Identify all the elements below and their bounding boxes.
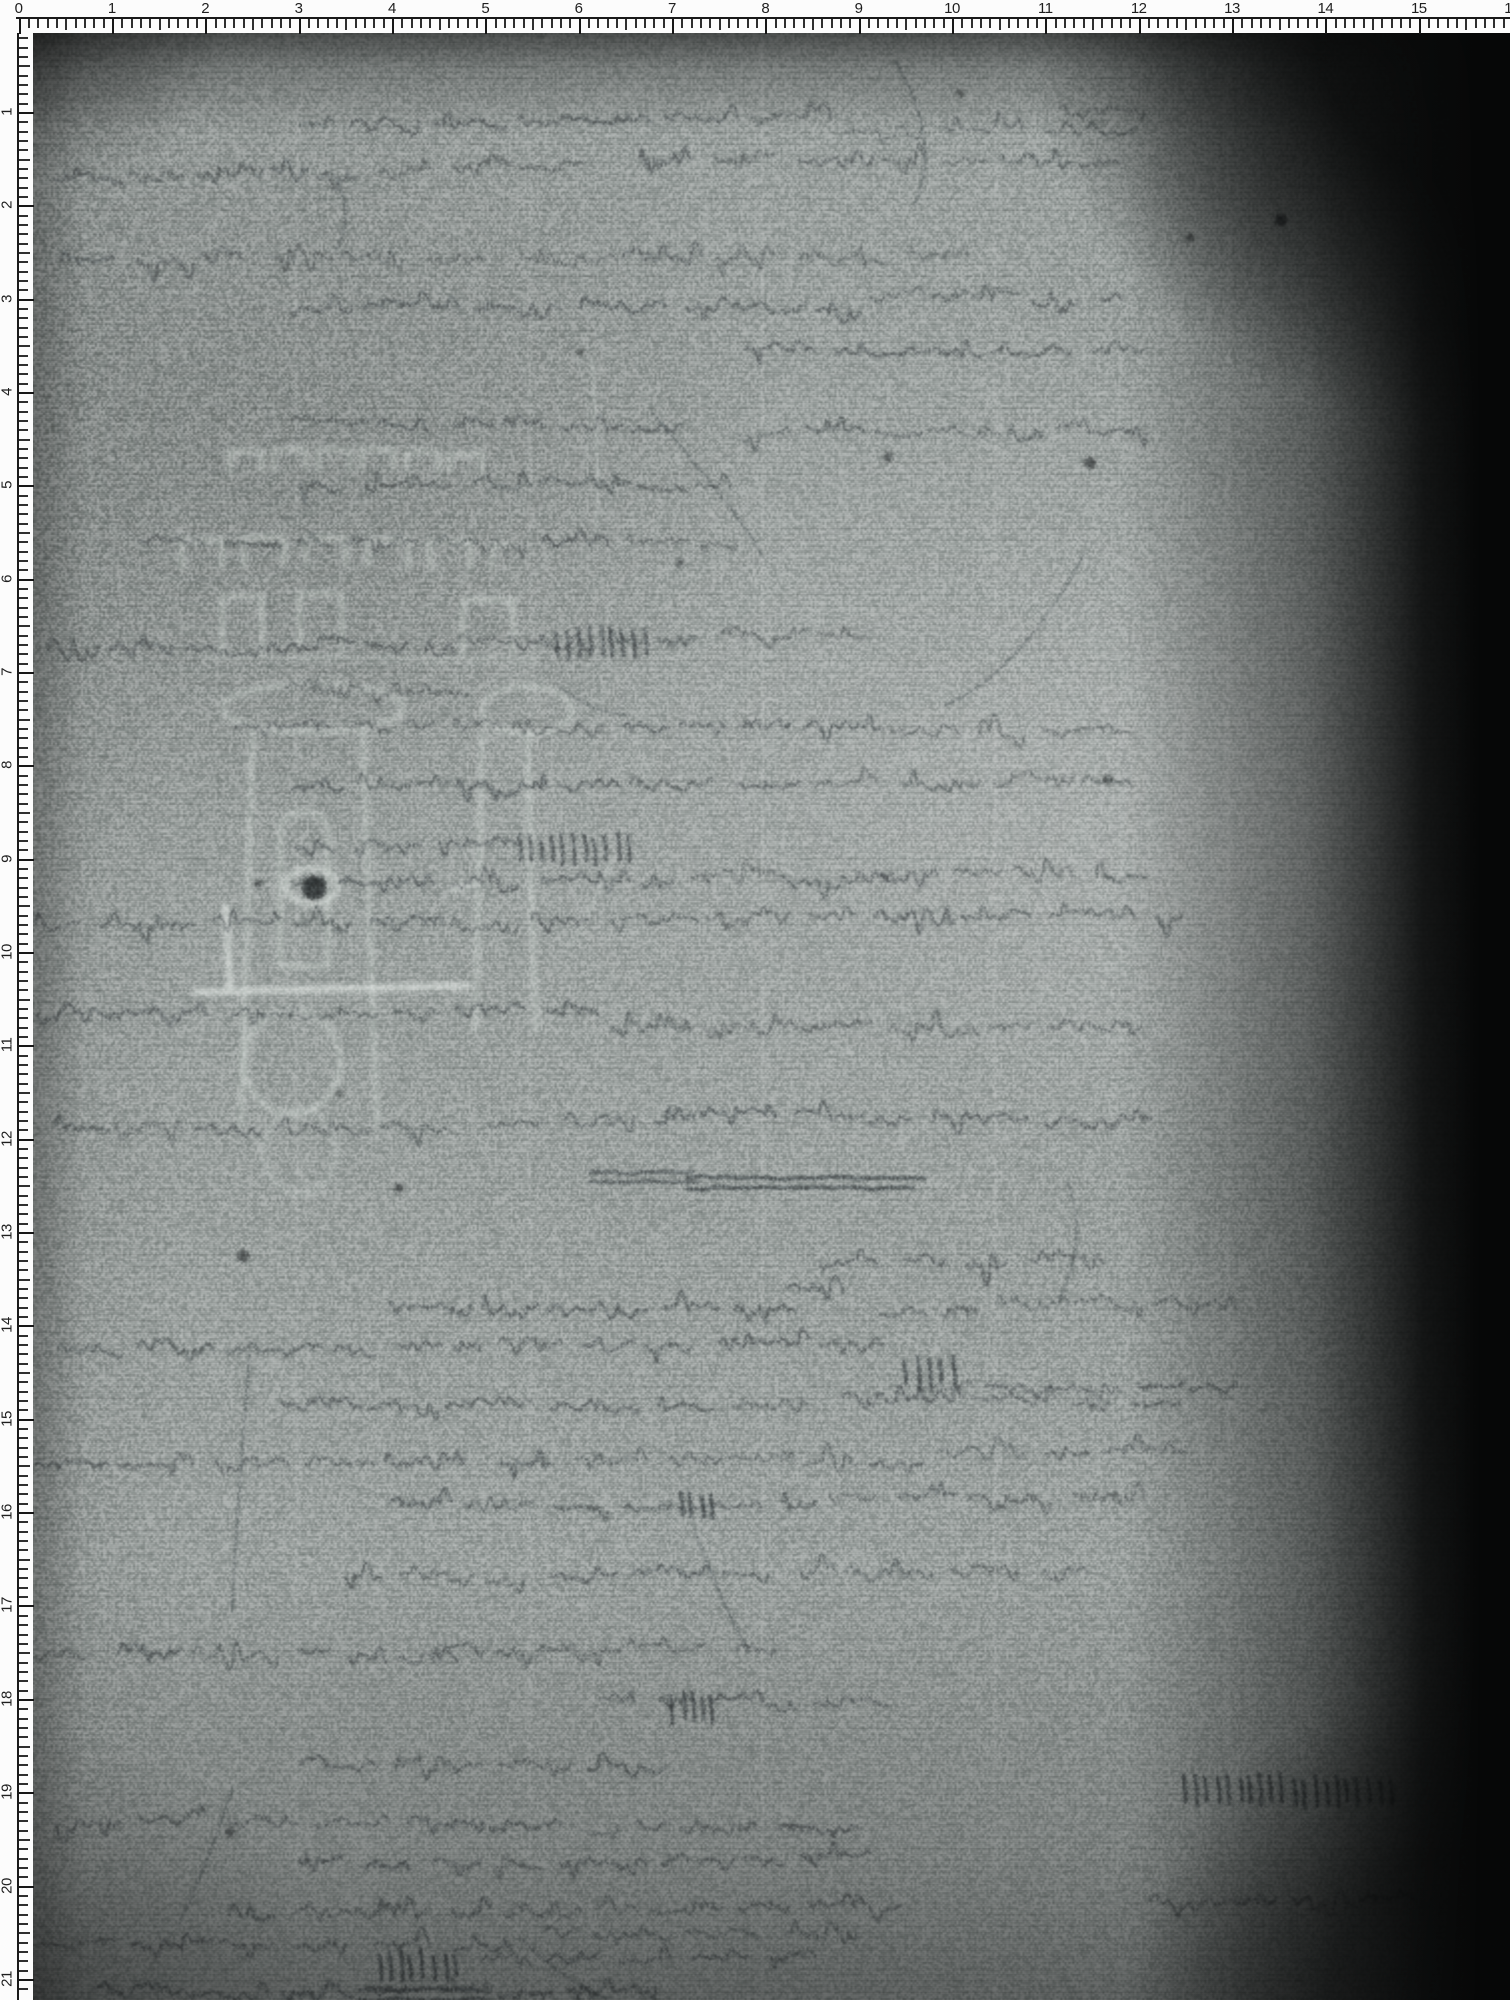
- ruler-tick: [1157, 19, 1159, 28]
- ruler-tick: [691, 19, 693, 28]
- ruler-tick: [1279, 19, 1281, 30]
- ruler-tick: [168, 19, 170, 28]
- ruler-tick: [19, 1540, 28, 1542]
- ruler-left-label: 13: [0, 1224, 16, 1240]
- ruler-tick: [513, 19, 515, 28]
- ruler-tick: [19, 1129, 28, 1131]
- ruler-tick: [19, 1269, 28, 1271]
- ruler-tick: [19, 411, 28, 413]
- ruler-tick: [140, 19, 142, 28]
- ruler-tick: [19, 1447, 28, 1449]
- ruler-left-label: 7: [0, 668, 16, 676]
- ruler-tick: [19, 1652, 30, 1654]
- ruler-left-label: 16: [0, 1504, 16, 1520]
- ruler-tick: [37, 19, 39, 28]
- ruler-tick: [19, 1204, 28, 1206]
- ruler-tick: [19, 1260, 28, 1262]
- ruler-tick: [19, 1848, 28, 1850]
- ruler-tick: [1372, 19, 1374, 30]
- ruler-tick: [19, 84, 28, 86]
- ruler-tick: [19, 971, 28, 973]
- ruler-tick: [19, 1755, 28, 1757]
- ruler-tick: [19, 1045, 34, 1047]
- ruler-tick: [19, 1325, 34, 1327]
- ruler-tick: [84, 19, 86, 28]
- ruler-tick: [19, 345, 30, 347]
- ruler-tick: [75, 19, 77, 28]
- ruler-tick: [19, 196, 28, 198]
- ruler-tick: [1437, 19, 1439, 28]
- ruler-tick: [569, 19, 571, 28]
- ruler-tick: [19, 1232, 34, 1234]
- ruler-tick: [1428, 19, 1430, 28]
- ruler-tick: [1176, 19, 1178, 28]
- ruler-tick: [19, 737, 28, 739]
- ruler-top-label: 14: [1318, 0, 1334, 17]
- ruler-tick: [756, 19, 758, 28]
- ruler-tick: [19, 513, 28, 515]
- ruler-tick: [551, 19, 553, 28]
- ruler-left-label: 11: [0, 1038, 16, 1053]
- ruler-tick: [1493, 19, 1495, 28]
- ruler-tick: [19, 1223, 28, 1225]
- ruler-tick: [19, 672, 34, 674]
- ruler-top-label: 10: [944, 0, 960, 17]
- ruler-tick: [19, 1914, 28, 1916]
- ruler-tick: [616, 19, 618, 28]
- ruler-tick: [19, 1073, 28, 1075]
- ruler-tick: [19, 831, 28, 833]
- ruler-tick: [896, 19, 898, 28]
- ruler-tick: [737, 19, 739, 28]
- ruler-tick: [728, 19, 730, 28]
- ruler-tick: [439, 19, 441, 30]
- ruler-top-line: [16, 17, 1510, 19]
- ruler-tick: [19, 1493, 28, 1495]
- ruler-tick: [1381, 19, 1383, 28]
- ruler-left-label: 10: [0, 944, 16, 960]
- ruler-tick: [19, 149, 28, 151]
- ruler-tick: [1083, 19, 1085, 28]
- ruler-tick: [19, 1363, 28, 1365]
- ruler-top-label: 5: [481, 0, 489, 17]
- ruler-tick: [915, 19, 917, 28]
- ruler-tick: [19, 1746, 30, 1748]
- ruler-tick: [747, 19, 749, 28]
- ruler-tick: [392, 19, 394, 34]
- manuscript-photo: [33, 33, 1510, 2000]
- ruler-tick: [19, 1960, 28, 1962]
- ruler-tick: [19, 1923, 28, 1925]
- ruler-tick: [1484, 19, 1486, 28]
- ruler-tick: [448, 19, 450, 28]
- ruler-tick: [19, 1419, 34, 1421]
- ruler-tick: [19, 401, 28, 403]
- ruler-tick: [65, 19, 67, 30]
- ruler-tick: [19, 224, 28, 226]
- ruler-tick: [19, 1344, 28, 1346]
- ruler-tick: [19, 812, 30, 814]
- ruler-tick: [19, 177, 28, 179]
- ruler-tick: [467, 19, 469, 28]
- ruler-left-label: 19: [0, 1784, 16, 1800]
- ruler-tick: [364, 19, 366, 28]
- ruler-top-label: 7: [668, 0, 676, 17]
- ruler-tick: [19, 709, 28, 711]
- ruler-tick: [19, 261, 28, 263]
- ruler-tick: [280, 19, 282, 28]
- ruler-tick: [19, 905, 30, 907]
- ruler-tick: [19, 896, 28, 898]
- ruler-tick: [19, 1605, 34, 1607]
- ruler-tick: [19, 103, 28, 105]
- ruler-tick: [19, 616, 28, 618]
- ruler-tick: [1297, 19, 1299, 28]
- ruler-top-label: 6: [575, 0, 583, 17]
- ruler-tick: [19, 980, 28, 982]
- ruler-tick: [19, 1876, 28, 1878]
- ruler-tick: [19, 75, 28, 77]
- ruler-tick: [19, 1036, 28, 1038]
- ruler-tick: [19, 19, 21, 34]
- ruler-tick: [149, 19, 151, 28]
- ruler-tick: [19, 1521, 28, 1523]
- ruler-tick: [19, 1867, 28, 1869]
- ruler-tick: [19, 392, 34, 394]
- ruler-tick: [19, 47, 28, 49]
- ruler-tick: [635, 19, 637, 28]
- ruler-tick: [709, 19, 711, 28]
- ruler-tick: [19, 159, 30, 161]
- ruler-tick: [19, 541, 28, 543]
- ruler-tick: [840, 19, 842, 28]
- ruler-tick: [243, 19, 245, 28]
- ruler-tick: [19, 1157, 28, 1159]
- ruler-tick: [19, 1083, 28, 1085]
- ruler-tick: [1129, 19, 1131, 28]
- ruler-tick: [187, 19, 189, 28]
- ruler-tick: [19, 924, 28, 926]
- ruler-tick: [19, 1904, 28, 1906]
- ruler-tick: [19, 429, 28, 431]
- ruler-tick: [19, 803, 28, 805]
- ruler-tick: [1503, 19, 1505, 28]
- ruler-tick: [19, 1307, 28, 1309]
- ruler-tick: [19, 551, 28, 553]
- ruler-tick: [1447, 19, 1449, 28]
- ruler-tick: [233, 19, 235, 28]
- ruler-top-label: 4: [388, 0, 396, 17]
- ruler-tick: [19, 1736, 28, 1738]
- ruler-tick: [19, 205, 34, 207]
- ruler-tick: [1465, 19, 1467, 30]
- ruler-tick: [1232, 19, 1234, 34]
- ruler-tick: [19, 485, 34, 487]
- ruler-tick: [1325, 19, 1327, 34]
- ruler-tick: [19, 289, 28, 291]
- ruler-tick: [607, 19, 609, 28]
- ruler-tick: [803, 19, 805, 28]
- ruler-left-label: 15: [0, 1411, 16, 1427]
- ruler-tick: [1045, 19, 1047, 34]
- ruler-left-label: 20: [0, 1878, 16, 1894]
- ruler-tick: [19, 1484, 28, 1486]
- ruler-tick: [19, 1428, 28, 1430]
- ruler-tick: [19, 1167, 28, 1169]
- ruler-tick: [597, 19, 599, 28]
- ruler-top-label: 2: [201, 0, 209, 17]
- ruler-tick: [877, 19, 879, 28]
- ruler-tick: [775, 19, 777, 28]
- ruler-top-label: 15: [1411, 0, 1427, 17]
- ruler-tick: [56, 19, 58, 28]
- ruler-left: 123456789101112131415161718192021: [0, 0, 33, 2000]
- ruler-tick: [793, 19, 795, 28]
- ruler-tick: [19, 140, 28, 142]
- ruler-tick: [93, 19, 95, 28]
- ruler-tick: [1036, 19, 1038, 28]
- ruler-tick: [1204, 19, 1206, 28]
- ruler-tick: [19, 719, 30, 721]
- ruler-tick: [19, 1774, 28, 1776]
- watermark-photograph-viewer: 123456789101112131415161718192021 012345…: [0, 0, 1510, 2000]
- ruler-tick: [1288, 19, 1290, 28]
- ruler-top-label: 9: [855, 0, 863, 17]
- ruler-top-label: 16: [1504, 0, 1510, 17]
- ruler-tick: [19, 243, 28, 245]
- ruler-tick: [1260, 19, 1262, 28]
- ruler-tick: [420, 19, 422, 28]
- ruler-tick: [765, 19, 767, 34]
- ruler-tick: [1073, 19, 1075, 28]
- ruler-tick: [19, 784, 28, 786]
- ruler-tick: [19, 1596, 28, 1598]
- right-dark-band: [33, 33, 1510, 2000]
- ruler-tick: [1092, 19, 1094, 30]
- ruler-tick: [19, 1120, 28, 1122]
- ruler-tick: [849, 19, 851, 28]
- ruler-tick: [19, 653, 28, 655]
- ruler-tick: [19, 1353, 28, 1355]
- ruler-tick: [1409, 19, 1411, 28]
- ruler-tick: [1195, 19, 1197, 28]
- ruler-tick: [19, 1830, 28, 1832]
- ruler-tick: [252, 19, 254, 30]
- ruler-tick: [19, 999, 30, 1001]
- ruler-tick: [19, 1503, 28, 1505]
- ruler-tick: [980, 19, 982, 28]
- ruler-tick: [131, 19, 133, 28]
- ruler-tick: [989, 19, 991, 28]
- ruler-tick: [19, 1942, 28, 1944]
- ruler-tick: [19, 1634, 28, 1636]
- ruler-tick: [1475, 19, 1477, 28]
- ruler-tick: [19, 467, 28, 469]
- ruler-tick: [19, 448, 28, 450]
- ruler-top-label: 0: [15, 0, 23, 17]
- ruler-tick: [1064, 19, 1066, 28]
- ruler-tick: [19, 1297, 28, 1299]
- ruler-tick: [19, 308, 28, 310]
- ruler-tick: [19, 1708, 28, 1710]
- ruler-tick: [495, 19, 497, 28]
- ruler-tick: [663, 19, 665, 28]
- ruler-top-label: 8: [761, 0, 769, 17]
- ruler-tick: [19, 859, 34, 861]
- ruler-tick: [19, 756, 28, 758]
- ruler-tick: [19, 523, 28, 525]
- ruler-tick: [19, 793, 28, 795]
- ruler-tick: [905, 19, 907, 30]
- ruler-tick: [532, 19, 534, 30]
- ruler-tick: [19, 1316, 28, 1318]
- ruler-tick: [700, 19, 702, 28]
- ruler-tick: [719, 19, 721, 30]
- ruler-tick: [19, 1718, 28, 1720]
- ruler-tick: [19, 1699, 34, 1701]
- ruler-tick: [19, 1690, 28, 1692]
- ruler-tick: [383, 19, 385, 28]
- ruler-top-label: 3: [295, 0, 303, 17]
- ruler-tick: [177, 19, 179, 28]
- ruler-tick: [19, 1932, 30, 1934]
- ruler-tick: [19, 1531, 28, 1533]
- ruler-tick: [19, 635, 28, 637]
- ruler-tick: [19, 1512, 34, 1514]
- ruler-tick: [28, 19, 30, 28]
- ruler-tick: [961, 19, 963, 28]
- ruler-tick: [19, 1820, 28, 1822]
- ruler-tick: [19, 1185, 30, 1187]
- ruler-tick: [1185, 19, 1187, 30]
- ruler-tick: [19, 1475, 28, 1477]
- ruler-tick: [19, 821, 28, 823]
- ruler-tick: [19, 607, 28, 609]
- ruler-tick: [579, 19, 581, 34]
- ruler-tick: [19, 1559, 30, 1561]
- ruler-tick: [19, 457, 28, 459]
- ruler-left-label: 4: [0, 388, 16, 396]
- ruler-tick: [831, 19, 833, 28]
- ruler-tick: [19, 327, 28, 329]
- ruler-tick: [19, 1792, 34, 1794]
- ruler-tick: [19, 1624, 28, 1626]
- ruler-tick: [868, 19, 870, 28]
- ruler-tick: [19, 1409, 28, 1411]
- ruler-tick: [644, 19, 646, 28]
- ruler-tick: [1335, 19, 1337, 28]
- ruler-tick: [196, 19, 198, 28]
- ruler-tick: [19, 579, 34, 581]
- ruler-tick: [19, 1437, 28, 1439]
- ruler-tick: [485, 19, 487, 34]
- ruler-left-label: 14: [0, 1318, 16, 1334]
- ruler-tick: [19, 775, 28, 777]
- ruler-tick: [1269, 19, 1271, 28]
- ruler-tick: [1456, 19, 1458, 28]
- ruler-tick: [19, 1577, 28, 1579]
- ruler-tick: [19, 1970, 28, 1972]
- ruler-tick: [19, 1139, 34, 1141]
- ruler-tick: [19, 299, 34, 301]
- ruler-tick: [19, 1858, 28, 1860]
- ruler-tick: [541, 19, 543, 28]
- ruler-tick: [19, 765, 34, 767]
- ruler-tick: [1241, 19, 1243, 28]
- ruler-tick: [19, 1148, 28, 1150]
- ruler-tick: [19, 849, 28, 851]
- ruler-tick: [19, 1568, 28, 1570]
- ruler-tick: [19, 1279, 30, 1281]
- ruler-tick: [560, 19, 562, 28]
- ruler-tick: [1400, 19, 1402, 28]
- ruler-tick: [19, 1764, 28, 1766]
- ruler-tick: [373, 19, 375, 28]
- ruler-tick: [859, 19, 861, 34]
- ruler-tick: [19, 1783, 28, 1785]
- ruler-tick: [19, 1886, 34, 1888]
- ruler-tick: [999, 19, 1001, 30]
- ruler-tick: [19, 1335, 28, 1337]
- ruler-tick: [1353, 19, 1355, 28]
- ruler-tick: [19, 625, 30, 627]
- ruler-tick: [19, 933, 28, 935]
- ruler-tick: [19, 700, 28, 702]
- ruler-tick: [19, 271, 28, 273]
- ruler-left-label: 17: [0, 1598, 16, 1614]
- ruler-tick: [19, 1988, 28, 1990]
- ruler-left-label: 18: [0, 1691, 16, 1707]
- ruler-tick: [336, 19, 338, 28]
- ruler-tick: [1120, 19, 1122, 28]
- ruler-tick: [1223, 19, 1225, 28]
- ruler-tick: [19, 1111, 28, 1113]
- ruler-tick: [317, 19, 319, 28]
- ruler-tick: [457, 19, 459, 28]
- ruler-tick: [19, 187, 28, 189]
- ruler-tick: [1419, 19, 1421, 34]
- ruler-tick: [523, 19, 525, 28]
- ruler-top-label: 11: [1038, 0, 1053, 17]
- ruler-left-label: 9: [0, 855, 16, 863]
- ruler-tick: [19, 681, 28, 683]
- ruler-tick: [672, 19, 674, 34]
- ruler-tick: [19, 215, 28, 217]
- ruler-tick: [19, 1027, 28, 1029]
- ruler-tick: [345, 19, 347, 30]
- ruler-tick: [19, 1839, 30, 1841]
- ruler-tick: [19, 1092, 30, 1094]
- ruler-tick: [1111, 19, 1113, 28]
- ruler-left-label: 8: [0, 761, 16, 769]
- ruler-tick: [19, 1662, 28, 1664]
- ruler-tick: [19, 355, 28, 357]
- ruler-tick: [19, 952, 34, 954]
- ruler-tick: [1139, 19, 1141, 34]
- ruler-tick: [1363, 19, 1365, 28]
- ruler-tick: [19, 37, 28, 39]
- ruler-tick: [19, 168, 28, 170]
- ruler-tick: [19, 588, 28, 590]
- ruler-tick: [784, 19, 786, 28]
- ruler-tick: [19, 597, 28, 599]
- ruler-tick: [429, 19, 431, 28]
- ruler-tick: [1391, 19, 1393, 28]
- ruler-tick: [47, 19, 49, 28]
- ruler-tick: [19, 56, 28, 58]
- ruler-tick: [19, 943, 28, 945]
- ruler-left-label: 6: [0, 575, 16, 583]
